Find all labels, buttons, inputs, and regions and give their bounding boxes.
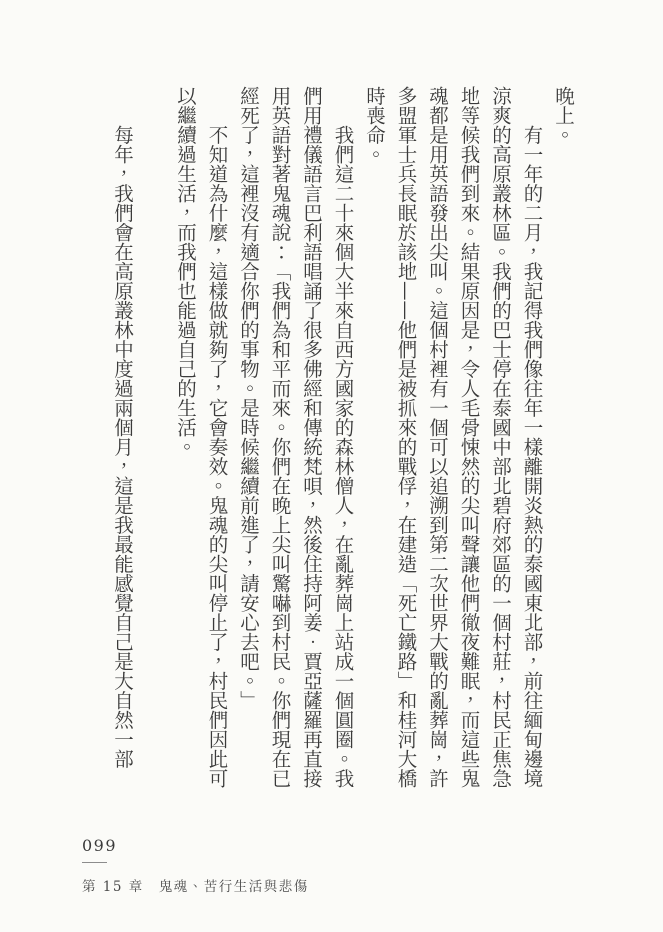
page-number: 099 [82, 836, 402, 855]
paragraph: 我們這二十來個大半來自西方國家的森林僧人，在亂葬崗上站成一個圓圈。我們用禮儀語言… [233, 86, 359, 789]
paragraph: 每年，我們會在高原叢林中度過兩個月，這是我最能感覺自己是大自然一部 [107, 86, 139, 789]
body-text: 晚上。有一年的二月，我記得我們像往年一樣離開炎熱的泰國東北部，前往緬甸邊境涼爽的… [87, 86, 579, 789]
paragraph: 有一年的二月，我記得我們像往年一樣離開炎熱的泰國東北部，前往緬甸邊境涼爽的高原叢… [359, 86, 548, 789]
paragraph: 不知道為什麼，這樣做就夠了，它會奏效。鬼魂的尖叫停止了，村民們因此可以繼續過生活… [170, 86, 233, 789]
page-number-rule [82, 862, 107, 863]
paragraph: 晚上。 [548, 86, 580, 789]
book-page: 晚上。有一年的二月，我記得我們像往年一樣離開炎熱的泰國東北部，前往緬甸邊境涼爽的… [0, 0, 663, 932]
chapter-label: 第 15 章 鬼魂、苦行生活與悲傷 [82, 875, 402, 895]
footer: 099 第 15 章 鬼魂、苦行生活與悲傷 [82, 836, 402, 895]
